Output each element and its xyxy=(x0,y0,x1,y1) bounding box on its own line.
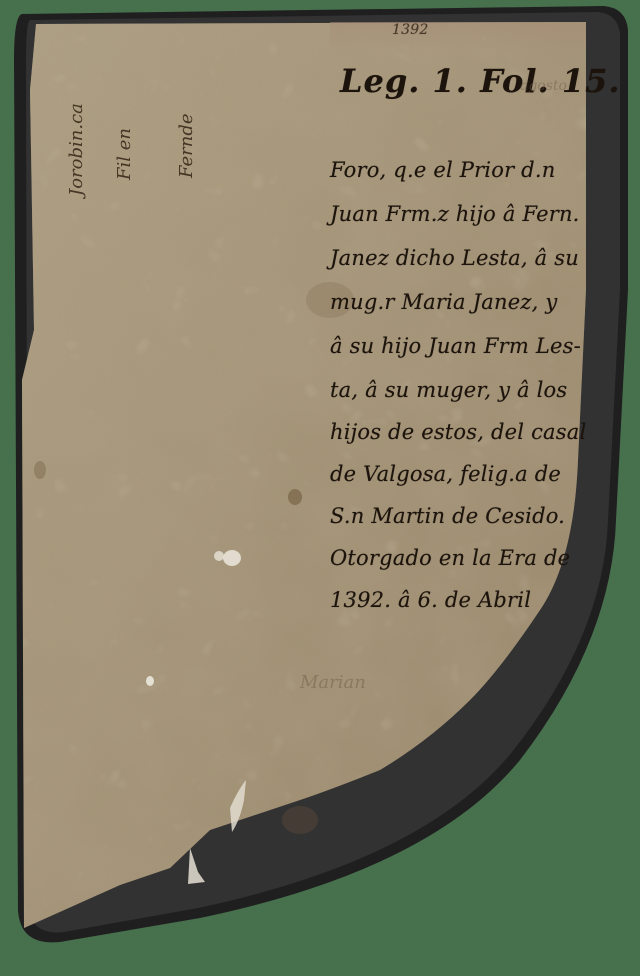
parchment-image xyxy=(0,0,640,976)
manuscript-stage: 1392 Leg. 1. Fol. 15. Foro, q.e el Prior… xyxy=(0,0,640,976)
